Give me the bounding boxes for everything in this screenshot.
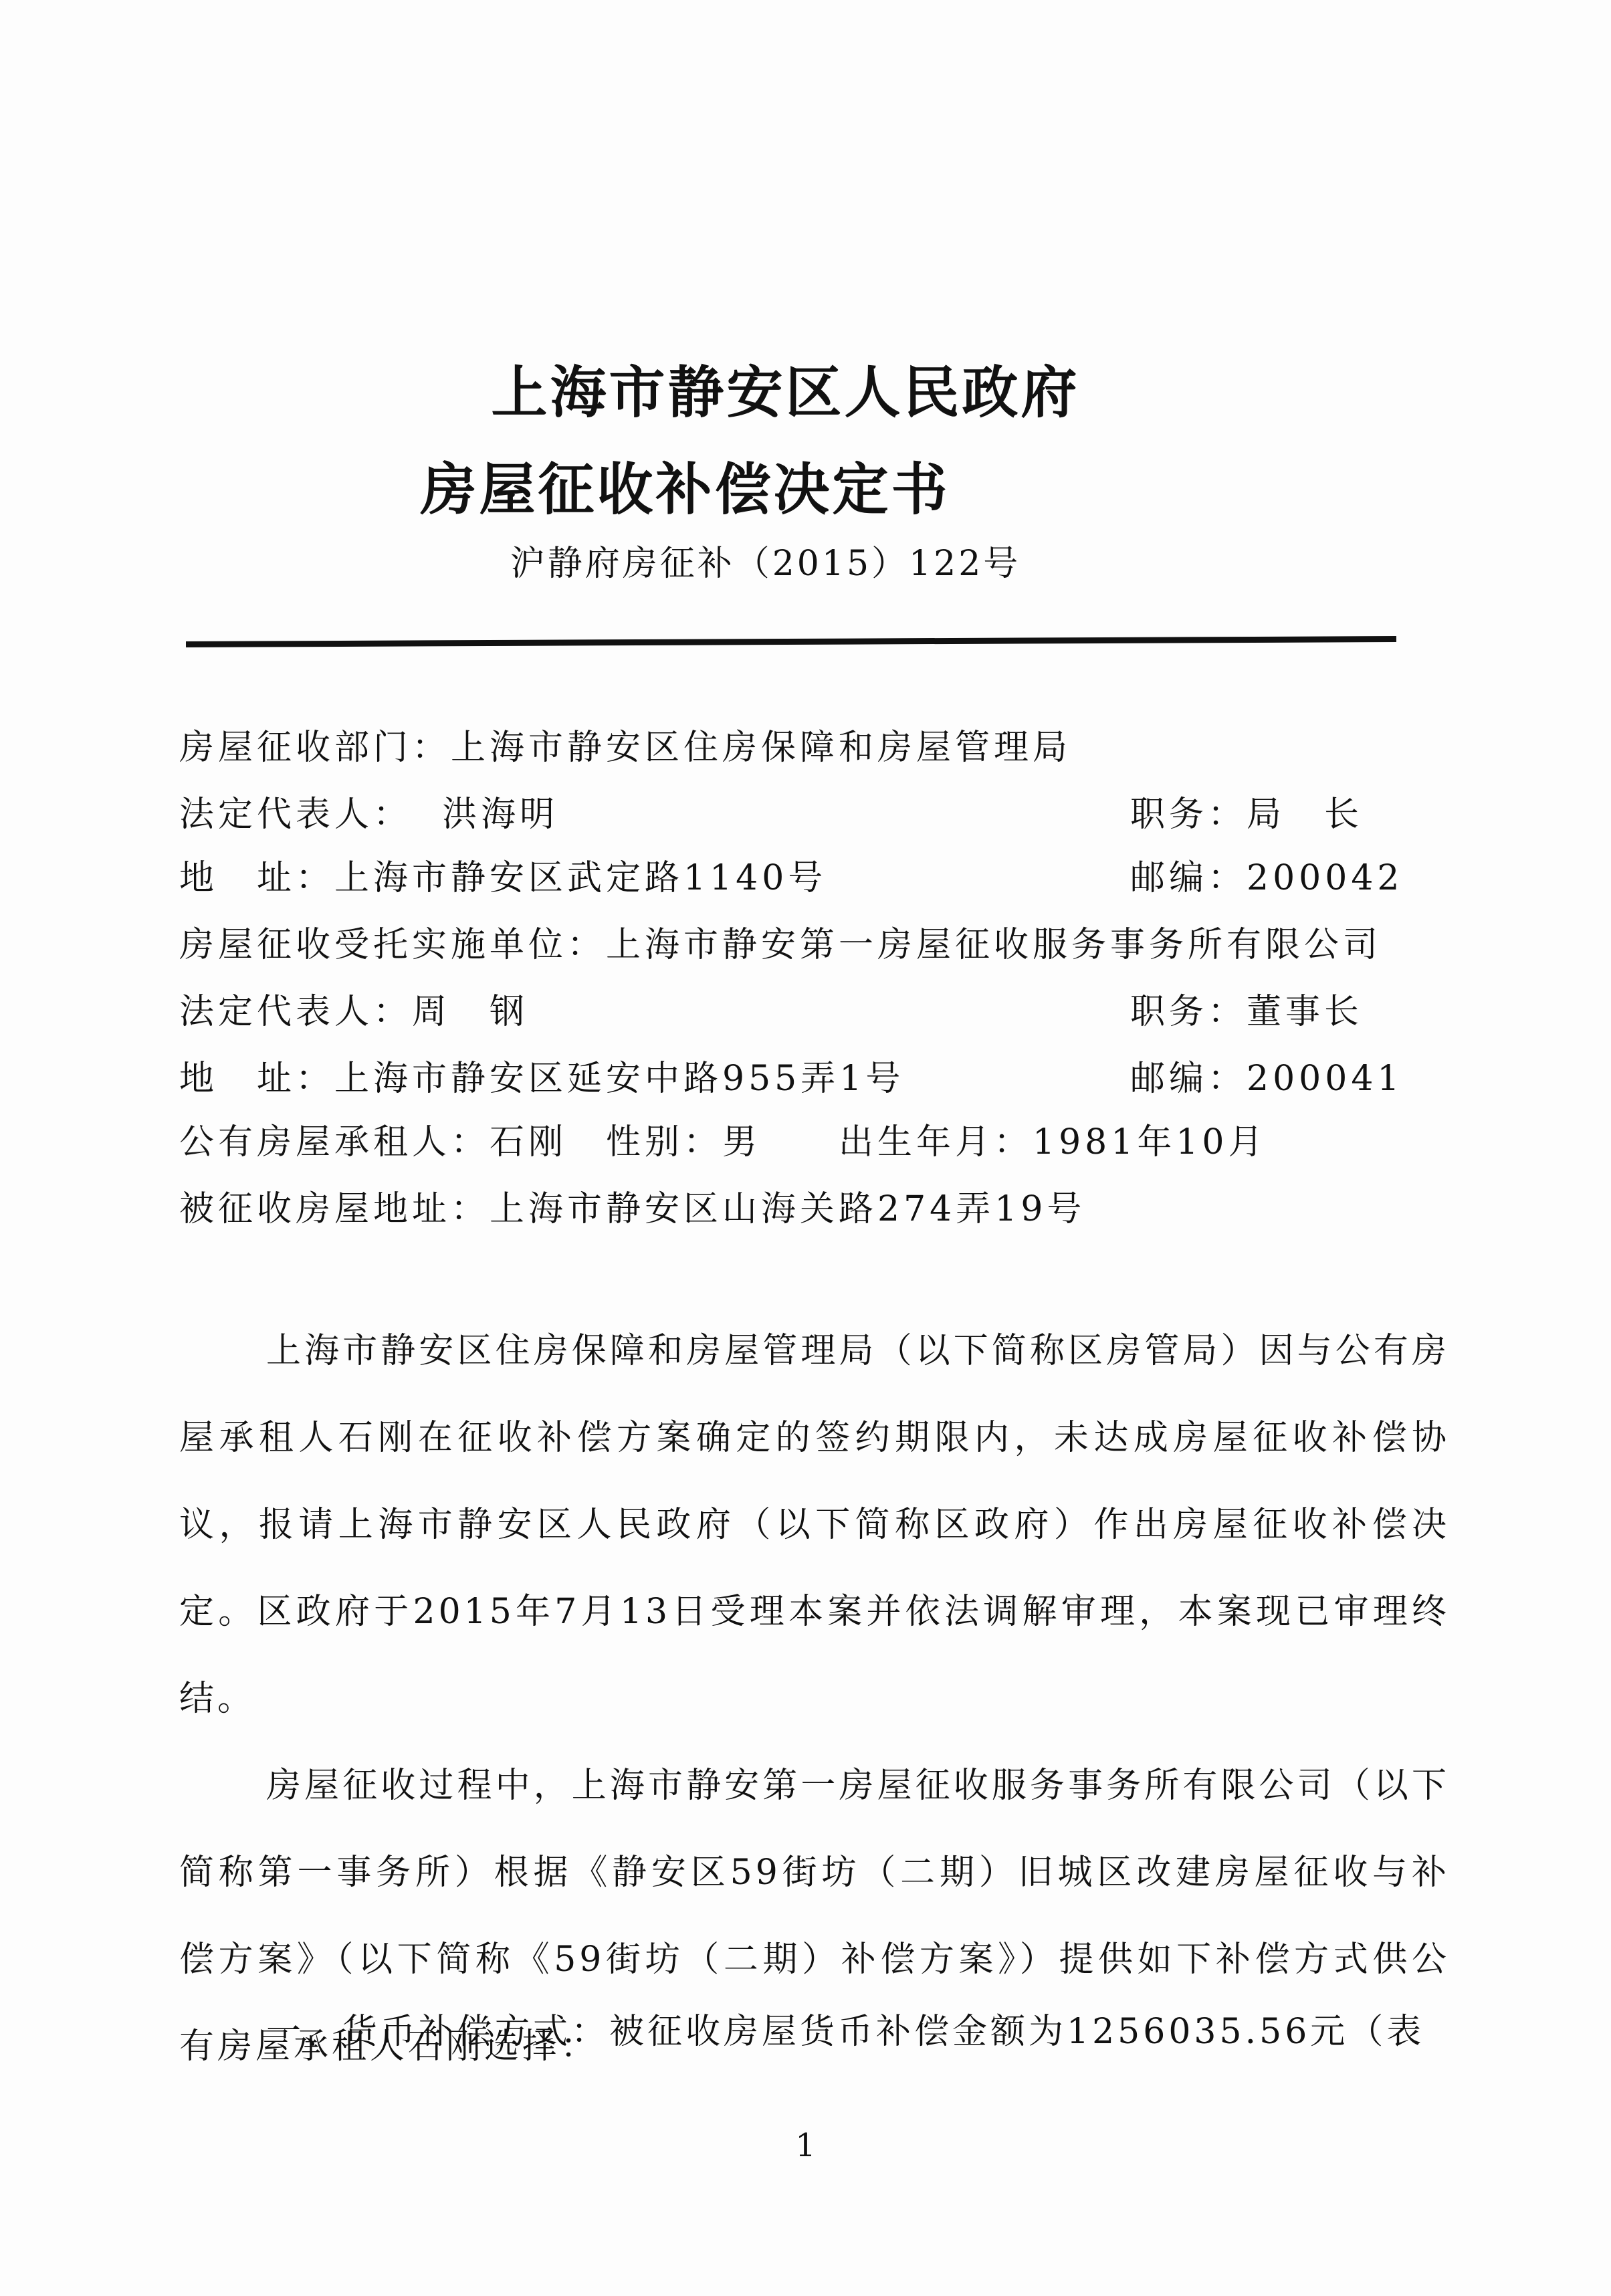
header-divider <box>186 636 1396 647</box>
property-label: 被征收房屋地址： <box>179 1189 490 1229</box>
agent-addr-value: 上海市静安区延安中路955弄1号 <box>334 1059 904 1099</box>
agent-rep-value: 周 钢 <box>412 992 528 1032</box>
agent-label: 房屋征收受托实施单位： <box>179 925 606 965</box>
dept-zip: 邮编：200042 <box>1130 849 1404 900</box>
dept-label: 房屋征收部门： <box>179 728 451 768</box>
document-title-line1: 上海市静安区人民政府 <box>0 348 1591 429</box>
dept-value: 上海市静安区住房保障和房屋管理局 <box>451 728 1071 768</box>
dept-address: 地 址：上海市静安区武定路1140号 <box>179 849 827 900</box>
agent-zip-value: 200041 <box>1247 1059 1404 1099</box>
body-paragraph-1: 上海市静安区住房保障和房屋管理局（以下简称区房管局）因与公有房屋承租人石刚在征收… <box>179 1308 1450 1742</box>
dept-addr-value: 上海市静安区武定路1140号 <box>334 858 827 898</box>
dept-rep-title-label: 职务： <box>1130 795 1247 835</box>
dept-rep-title: 职务：局 长 <box>1130 786 1363 836</box>
agent-unit: 房屋征收受托实施单位：上海市静安第一房屋征收服务事务所有限公司 <box>179 916 1382 966</box>
agent-zip-label: 邮编： <box>1130 1059 1247 1099</box>
agent-addr-label: 地 址： <box>179 1059 334 1099</box>
expropriation-dept: 房屋征收部门：上海市静安区住房保障和房屋管理局 <box>179 719 1071 769</box>
dept-rep-value: 洪海明 <box>442 795 558 835</box>
body-paragraph-3: 一、货币补偿方式：被征收房屋货币补偿金额为1256035.56元（表 <box>266 2003 1424 2053</box>
agent-value: 上海市静安第一房屋征收服务事务所有限公司 <box>606 925 1382 965</box>
document-number: 沪静府房征补（2015）122号 <box>0 535 1571 585</box>
dept-representative: 法定代表人： 洪海明 <box>179 786 558 836</box>
agent-representative: 法定代表人：周 钢 <box>179 983 528 1033</box>
page-number: 1 <box>0 2127 1611 2164</box>
dept-zip-value: 200042 <box>1247 858 1404 898</box>
property-address: 被征收房屋地址：上海市静安区山海关路274弄19号 <box>179 1180 1085 1231</box>
agent-rep-title-label: 职务： <box>1130 992 1247 1032</box>
agent-rep-label: 法定代表人： <box>179 992 412 1032</box>
agent-rep-title-value: 董事长 <box>1247 992 1363 1032</box>
agent-address: 地 址：上海市静安区延安中路955弄1号 <box>179 1050 904 1100</box>
agent-zip: 邮编：200041 <box>1130 1050 1404 1100</box>
dept-addr-label: 地 址： <box>179 858 334 898</box>
tenant-info: 公有房屋承租人：石刚 性别：男 出生年月：1981年10月 <box>179 1114 1267 1164</box>
property-value: 上海市静安区山海关路274弄19号 <box>490 1189 1085 1229</box>
dept-zip-label: 邮编： <box>1130 858 1247 898</box>
document-title-line2: 房屋征收补偿决定书 <box>0 445 1491 526</box>
dept-rep-title-value: 局 长 <box>1247 795 1363 835</box>
agent-rep-title: 职务：董事长 <box>1130 983 1363 1033</box>
dept-rep-label: 法定代表人： <box>179 795 412 835</box>
